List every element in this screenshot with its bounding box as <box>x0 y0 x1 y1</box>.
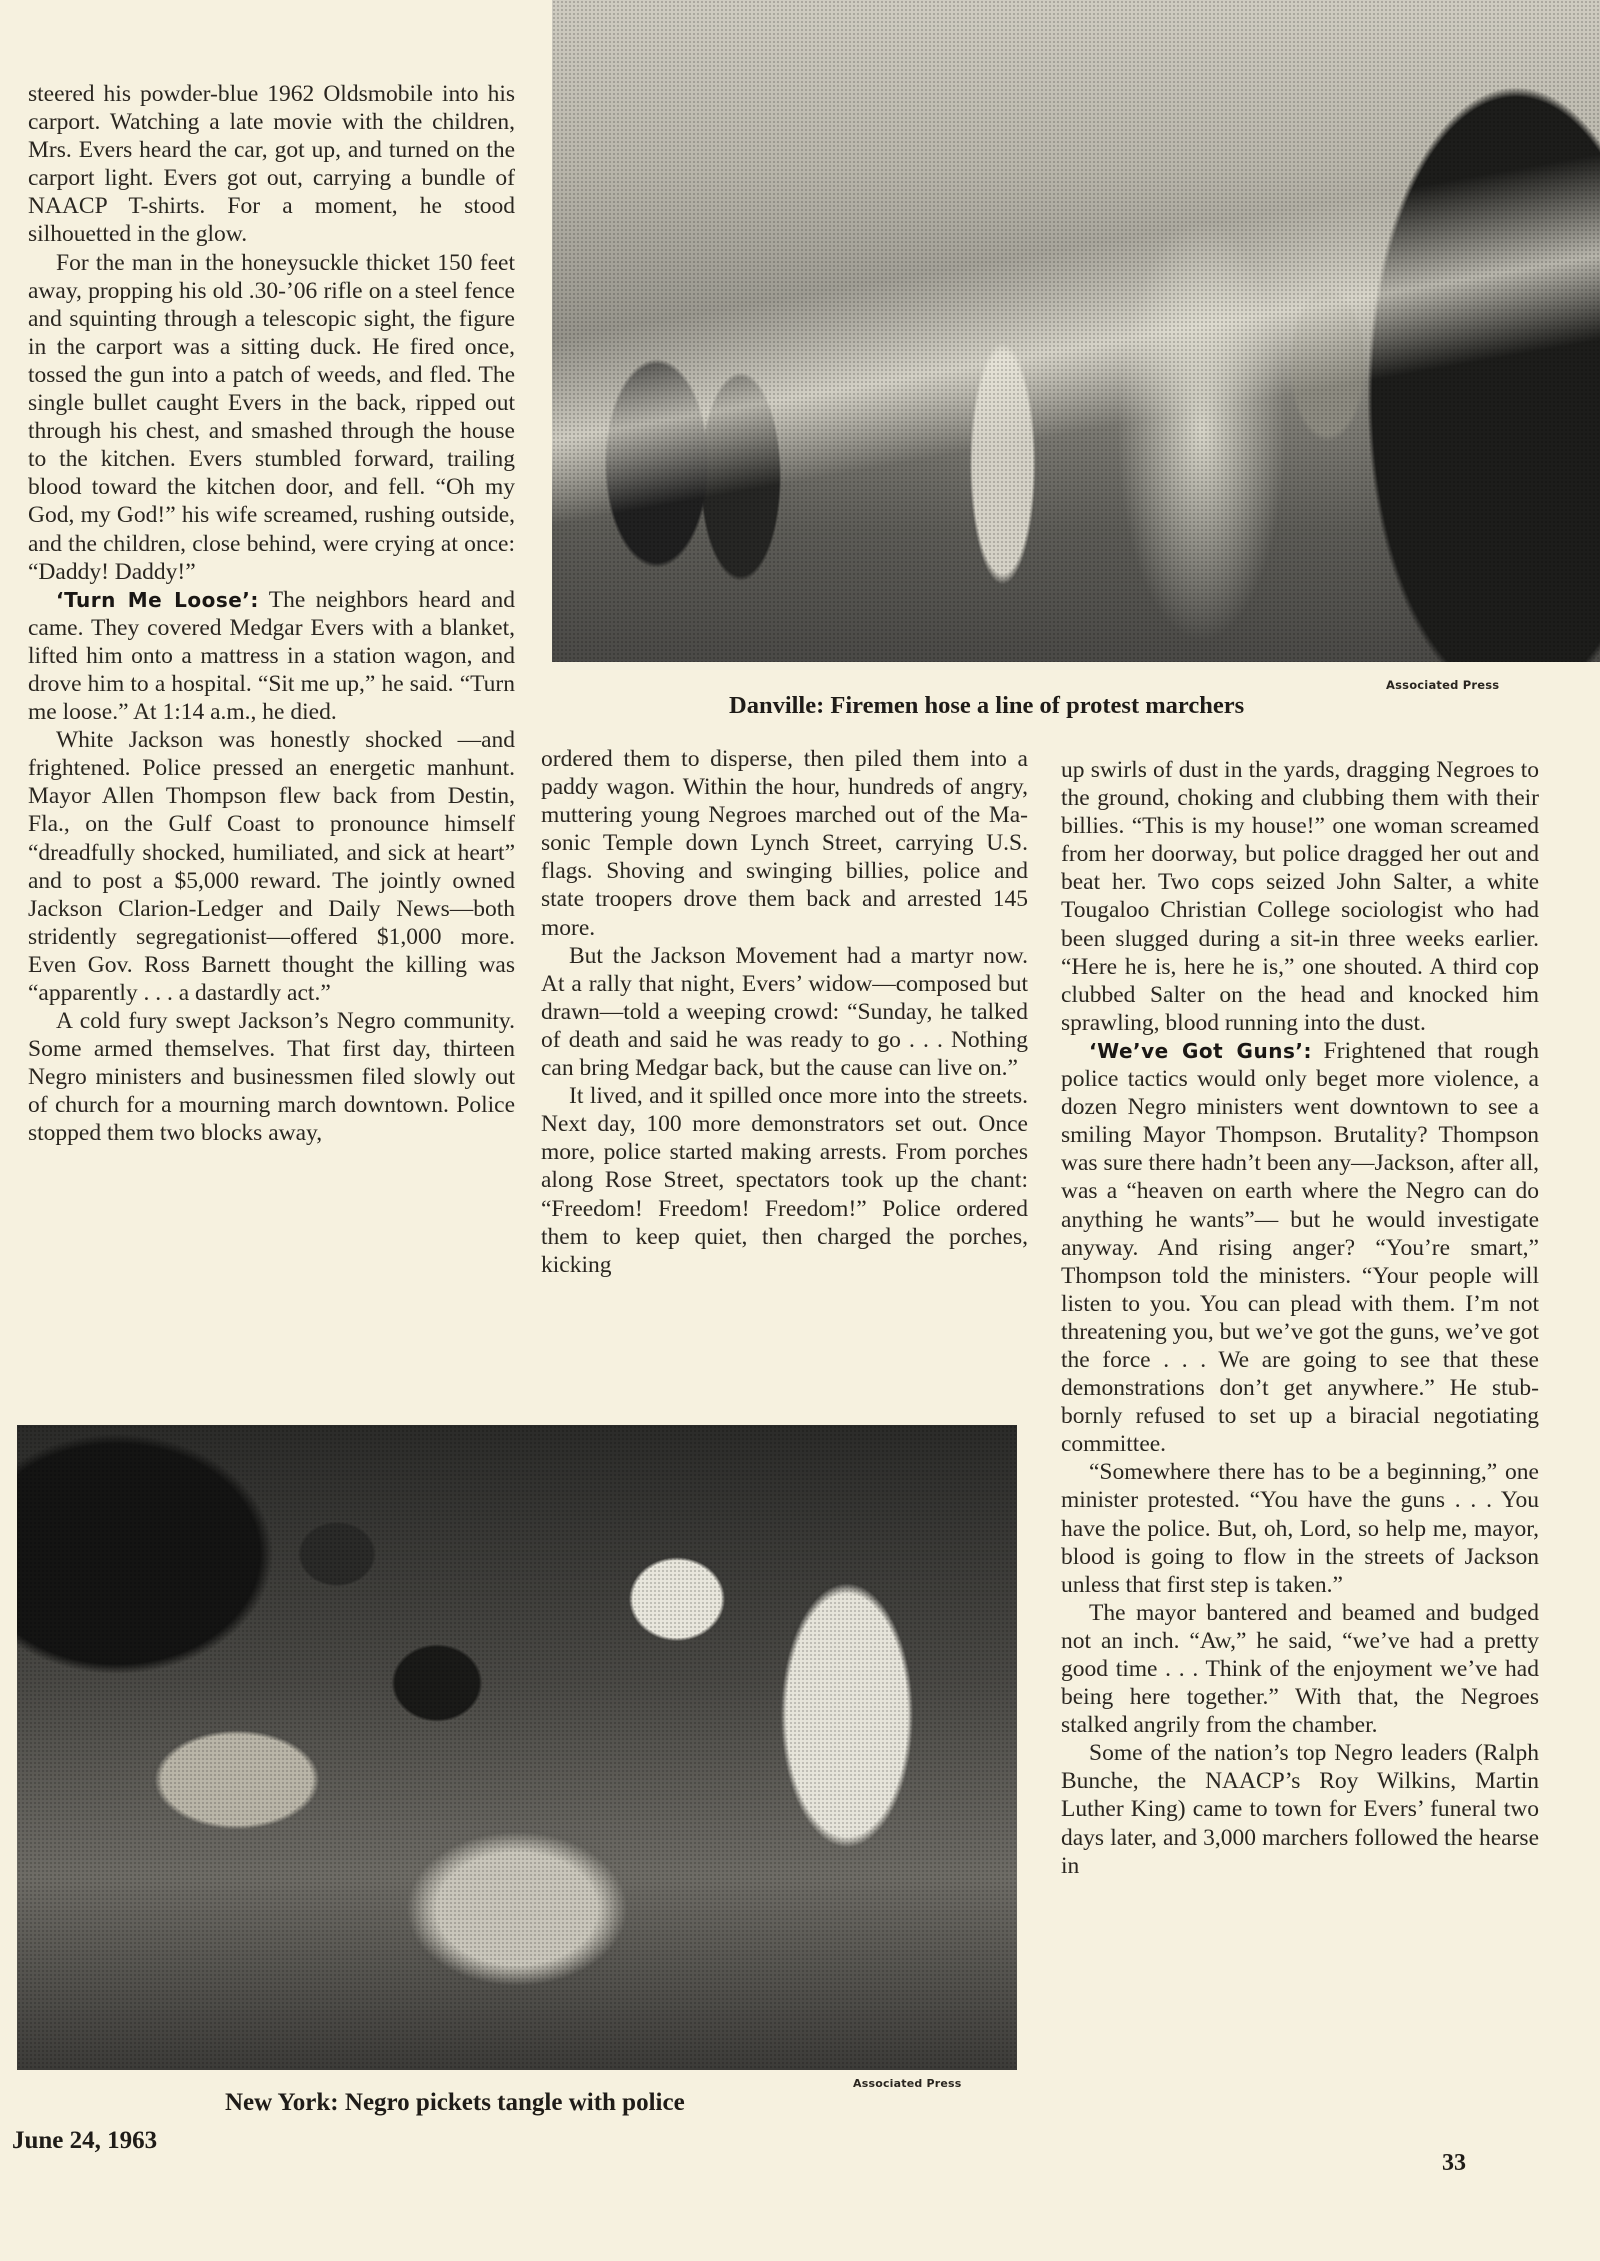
subhead-weve-got-guns: ‘We’ve Got Guns’: <box>1089 1039 1312 1063</box>
photo-caption-newyork: New York: Negro pickets tangle with poli… <box>225 2089 685 2117</box>
photo-halftone <box>552 0 1600 662</box>
paragraph-with-subhead: ‘Turn Me Loose’: The neighbors heard and… <box>28 586 515 726</box>
paragraph: White Jackson was honestly shocked —and … <box>28 726 515 1007</box>
paragraph: up swirls of dust in the yards, dragging… <box>1061 756 1539 1037</box>
article-column-3: up swirls of dust in the yards, dragging… <box>1061 756 1539 1880</box>
paragraph-text: Frightened that rough police tactics wou… <box>1061 1038 1539 1457</box>
paragraph: Some of the nation’s top Negro leaders (… <box>1061 1739 1539 1879</box>
paragraph: For the man in the honeysuckle thicket 1… <box>28 249 515 586</box>
paragraph: A cold fury swept Jackson’s Negro commun… <box>28 1007 515 1147</box>
paragraph: The mayor bantered and beamed and budged… <box>1061 1599 1539 1739</box>
photo-newyork-pickets-police <box>17 1425 1017 2070</box>
paragraph-with-subhead: ‘We’ve Got Guns’: Frightened that rough … <box>1061 1037 1539 1458</box>
photo-danville-firemen-hose <box>552 0 1600 662</box>
photo-credit-danville: Associated Press <box>1386 678 1499 692</box>
subhead-turn-me-loose: ‘Turn Me Loose’: <box>56 588 259 612</box>
photo-credit-newyork: Associated Press <box>853 2077 962 2090</box>
article-column-2: ordered them to disperse, then piled the… <box>541 745 1028 1279</box>
issue-date: June 24, 1963 <box>12 2127 157 2155</box>
page-number: 33 <box>1442 2150 1466 2177</box>
paragraph: ordered them to disperse, then piled the… <box>541 745 1028 942</box>
article-column-1: steered his powder-blue 1962 Oldsmo­bile… <box>28 80 515 1148</box>
paragraph: But the Jackson Movement had a mar­tyr n… <box>541 942 1028 1082</box>
paragraph: “Somewhere there has to be a begin­ning,… <box>1061 1458 1539 1598</box>
photo-halftone <box>17 1425 1017 2070</box>
paragraph: steered his powder-blue 1962 Oldsmo­bile… <box>28 80 515 249</box>
photo-caption-danville: Danville: Firemen hose a line of protest… <box>729 692 1244 720</box>
paragraph: It lived, and it spilled once more into … <box>541 1082 1028 1279</box>
